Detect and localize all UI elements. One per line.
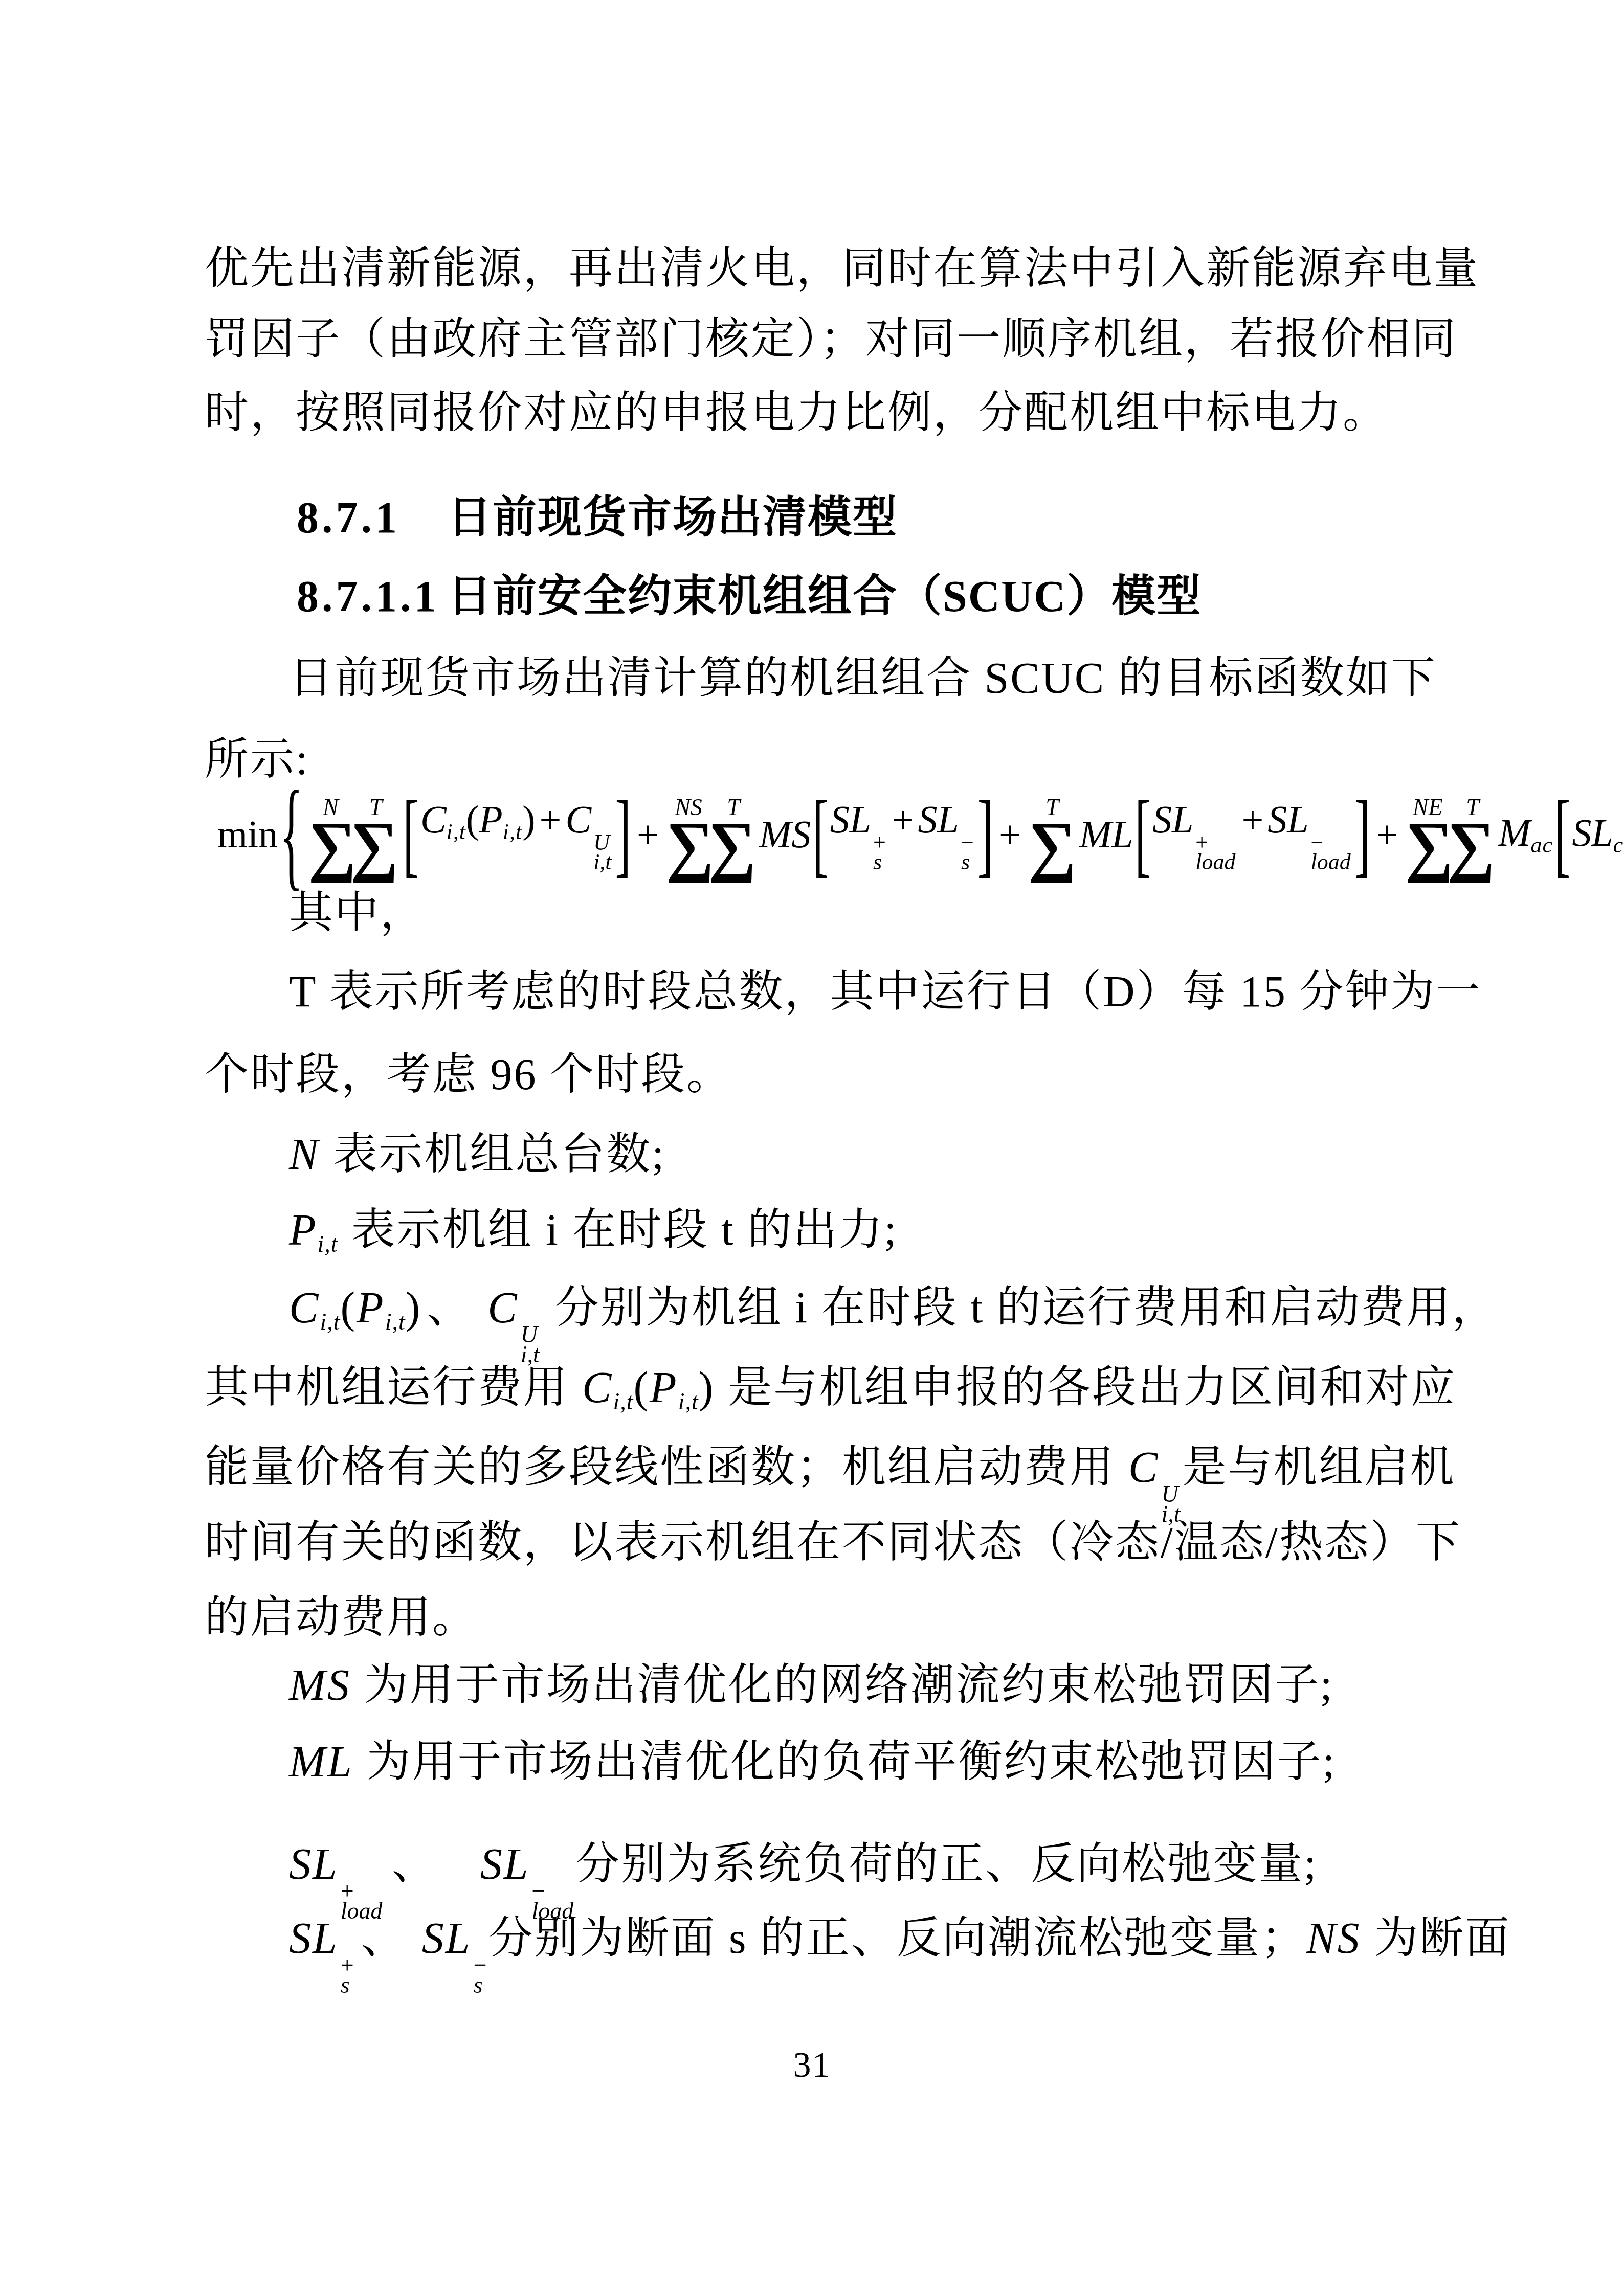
sigma-icon: ∑ (666, 808, 708, 883)
curtailment-slack: SLc (1572, 811, 1623, 858)
power-symbol: P (479, 798, 502, 841)
document-page: 优先出清新能源，再出清火电，同时在算法中引入新能源弃电量 罚因子（由政府主管部门… (0, 0, 1624, 2296)
paren: ( (466, 798, 479, 841)
run-cost-symbol: C (420, 798, 447, 841)
n-symbol: N (289, 1130, 320, 1179)
penalty-symbol: M (1498, 812, 1530, 854)
plus-operator: + (637, 813, 659, 857)
definition-ms: MS为用于市场出清优化的网络潮流约束松弛罚因子; (289, 1658, 1334, 1713)
kicker-line: 其中， (289, 886, 426, 941)
subscript: i,t (503, 819, 522, 844)
slack-symbol: SL (918, 798, 959, 841)
definition-c-line3: 能量价格有关的多段线性函数；机组启动费用CUi,t是与机组启机 (205, 1440, 1455, 1524)
paren: ) (522, 798, 535, 841)
definition-sl-load: SL+load、SL−load分别为系统负荷的正、反向松弛变量; (289, 1837, 1318, 1921)
heading-number: 8.7.1 (297, 490, 448, 546)
definition-text: 分别为断面 s 的正、反向潮流松弛变量； (489, 1914, 1306, 1963)
definition-text: 为用于市场出清优化的网络潮流约束松弛罚因子; (364, 1660, 1334, 1709)
slack-symbol: SL (422, 1914, 472, 1963)
sigma-icon: ∑ (350, 808, 392, 883)
paren: ( (340, 1283, 357, 1332)
subscript: i,t (320, 1309, 340, 1335)
slack-symbol: SL (480, 1839, 530, 1888)
subscript: s (474, 1975, 483, 1995)
plus-operator: + (892, 798, 914, 841)
text-segment: 其中机组运行费用 (205, 1363, 569, 1412)
slack-symbol: SL (289, 1839, 339, 1888)
page-number: 31 (0, 2045, 1624, 2086)
slack-symbol: SL (1572, 812, 1613, 854)
text-segment: 是与机组申报的各段出力区间和对应 (728, 1363, 1456, 1412)
sum-t: T ∑ (1028, 796, 1076, 873)
sup-sub-stack: Ui,t (521, 1324, 540, 1364)
objective-function-formula: min { NT ∑∑ [ Ci,t(Pi,t)+CUi,t ] + NST ∑… (217, 773, 1558, 896)
formula-open-bracket: [ (403, 787, 419, 881)
definition-c-line1: Ci,t(Pi,t)、CUi,t分别为机组 i 在时段 t 的运行费用和启动费用… (289, 1280, 1498, 1364)
definition-c-line5: 的启动费用。 (205, 1590, 478, 1646)
definition-text: 分别为机组 i 在时段 t 的运行费用和启动费用， (555, 1283, 1498, 1332)
definition-text: 为用于市场出清优化的负荷平衡约束松弛罚因子; (366, 1737, 1336, 1786)
ns-symbol: NS (1306, 1914, 1361, 1963)
para3-line1: T 表示所考虑的时段总数，其中运行日（D）每 15 分钟为一 (289, 964, 1482, 1020)
sum-ns-t: NST ∑∑ (666, 796, 756, 873)
para2-line1: 日前现货市场出清计算的机组组合 SCUC 的目标函数如下 (289, 651, 1437, 706)
formula-close-bracket: ] (615, 787, 631, 881)
subscript: s (341, 1975, 350, 1995)
definition-n: N表示机组总台数; (289, 1127, 665, 1182)
sup-sub-stack: +s (341, 1955, 354, 1995)
paren: ) (699, 1363, 715, 1412)
subscript: i,t (385, 1309, 406, 1335)
sigma-icon: ∑ (1447, 808, 1489, 883)
sigma-icon: ∑ (1028, 808, 1076, 883)
sup-sub-stack: −s (961, 833, 974, 871)
subscript: i,t (593, 852, 611, 871)
sum-n-t: NT ∑∑ (308, 796, 398, 873)
p-symbol: P (289, 1205, 318, 1254)
ms-symbol: MS (289, 1660, 351, 1709)
formula-open-brace: { (280, 773, 303, 896)
subscript: i,t (447, 819, 466, 844)
ml-penalty-symbol: ML (1079, 813, 1133, 857)
slack-symbol: SL (289, 1914, 339, 1963)
text-segment: 是与机组启机 (1182, 1443, 1455, 1492)
sup-sub-stack: −s (474, 1955, 487, 1995)
plus-operator: + (1241, 798, 1263, 841)
load-slack-term: SL+load+SL−load (1152, 798, 1353, 871)
ml-symbol: ML (289, 1737, 353, 1786)
formula-open-bracket: [ (1135, 787, 1151, 881)
subscript: i,t (678, 1388, 699, 1414)
definition-sl-s: SL+s、SL−s分别为断面 s 的正、反向潮流松弛变量；NS为断面 (289, 1911, 1510, 1995)
power-symbol: P (357, 1283, 385, 1332)
slack-symbol: SL (1267, 798, 1308, 841)
ms-penalty-symbol: MS (759, 813, 811, 857)
sigma-icon: ∑ (708, 808, 750, 883)
definition-text: 为断面 (1374, 1914, 1510, 1963)
subscript: load (1311, 852, 1351, 871)
para3-line2: 个时段，考虑 96 个时段。 (205, 1047, 732, 1102)
cost-term: Ci,t(Pi,t)+CUi,t (420, 798, 614, 871)
definition-ml: ML为用于市场出清优化的负荷平衡约束松弛罚因子; (289, 1735, 1336, 1790)
para1-line3: 时，按照同报价对应的申报电力比例，分配机组中标电力。 (205, 386, 1388, 441)
sigma-icon: ∑ (1405, 808, 1447, 883)
sup-sub-stack: +s (873, 833, 886, 871)
curtailment-term: Mac (1498, 811, 1553, 858)
min-operator: min (217, 813, 278, 857)
formula-open-bracket: [ (1554, 787, 1570, 881)
enumeration-comma: 、 (427, 1283, 472, 1332)
section-slack-term: SL+s+SL−s (830, 798, 976, 871)
slack-symbol: SL (830, 798, 871, 841)
heading-number: 8.7.1.1 (297, 569, 448, 624)
run-cost-symbol: C (582, 1363, 613, 1412)
run-cost-symbol: C (289, 1283, 320, 1332)
sup-sub-stack: Ui,t (593, 833, 611, 871)
sup-sub-stack: +load (1195, 833, 1235, 871)
startup-cost-symbol: C (487, 1283, 518, 1332)
para1-line2: 罚因子（由政府主管部门核定）；对同一顺序机组，若报价相同 (205, 312, 1457, 367)
subscript: s (961, 852, 970, 871)
subscript: load (1195, 852, 1235, 871)
section-heading-8-7-1-1: 8.7.1.1日前安全约束机组组合（SCUC）模型 (297, 569, 1202, 624)
plus-operator: + (1376, 813, 1398, 857)
enumeration-comma: 、 (392, 1839, 437, 1888)
subscript: ac (1531, 832, 1553, 858)
heading-title: 日前现货市场出清模型 (448, 493, 898, 542)
heading-title: 日前安全约束机组组合（SCUC）模型 (448, 572, 1202, 621)
slack-symbol: SL (1152, 798, 1193, 841)
paren: ( (633, 1363, 650, 1412)
definition-c-line4: 时间有关的函数，以表示机组在不同状态（冷态/温态/热态）下 (205, 1515, 1461, 1570)
section-heading-8-7-1: 8.7.1日前现货市场出清模型 (297, 490, 898, 546)
formula-close-bracket: ] (1354, 787, 1370, 881)
subscript: c (1613, 832, 1624, 858)
enumeration-comma: 、 (361, 1914, 407, 1963)
definition-text: 分别为系统负荷的正、反向松弛变量; (575, 1839, 1318, 1888)
formula-close-bracket: ] (977, 787, 993, 881)
startup-cost-symbol: C (1128, 1443, 1159, 1492)
subscript: i,t (613, 1388, 633, 1414)
power-symbol: P (650, 1363, 678, 1412)
sup-sub-stack: −load (1311, 833, 1351, 871)
para1-line1: 优先出清新能源，再出清火电，同时在算法中引入新能源弃电量 (205, 241, 1479, 297)
definition-text: 表示机组 i 在时段 t 的出力; (351, 1205, 898, 1254)
definition-c-line2: 其中机组运行费用Ci,t(Pi,t)是与机组申报的各段出力区间和对应 (205, 1360, 1456, 1416)
sigma-icon: ∑ (308, 808, 350, 883)
text-segment: 能量价格有关的多段线性函数；机组启动费用 (205, 1443, 1115, 1492)
definition-p: Pi,t表示机组 i 在时段 t 的出力; (289, 1203, 898, 1258)
plus-operator: + (999, 813, 1021, 857)
subscript: i,t (318, 1231, 338, 1257)
subscript: s (873, 852, 882, 871)
paren: ) (406, 1283, 422, 1332)
formula-open-bracket: [ (812, 787, 828, 881)
startup-cost-symbol: C (565, 798, 591, 841)
plus-operator: + (540, 798, 562, 841)
definition-text: 表示机组总台数; (333, 1130, 665, 1179)
sum-ne-t: NET ∑∑ (1405, 796, 1495, 873)
